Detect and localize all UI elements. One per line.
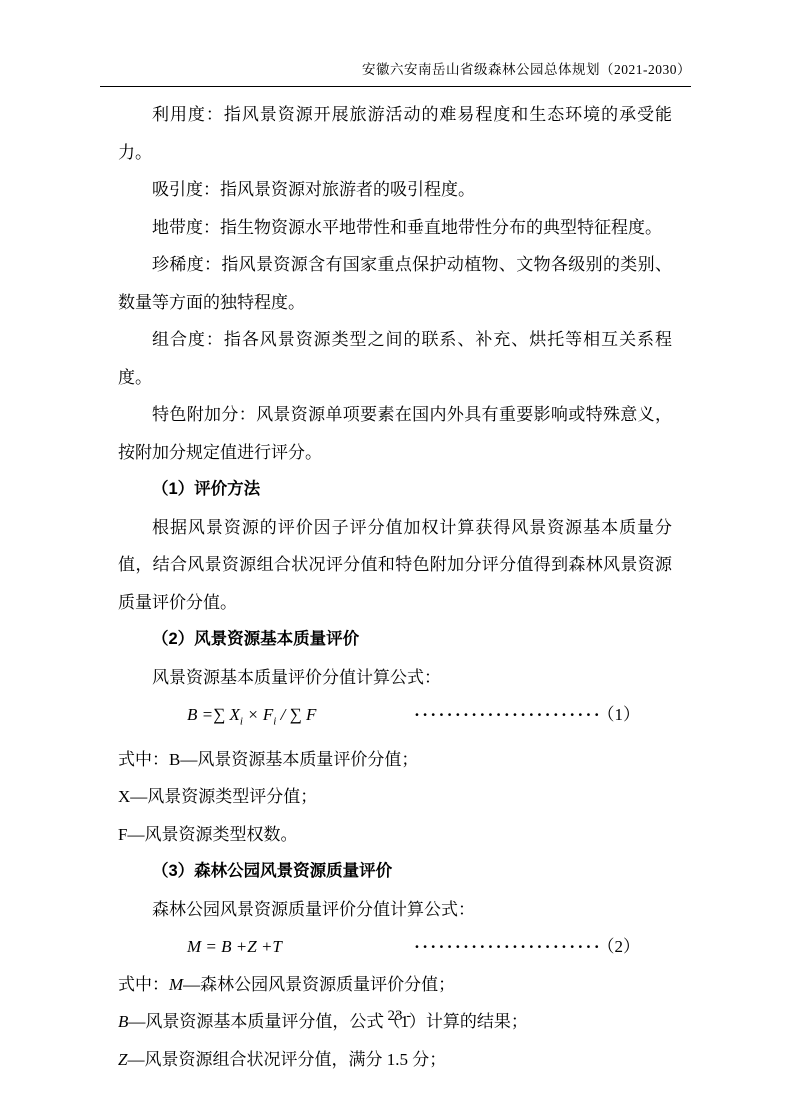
section-heading-evaluation-method: （1）评价方法 [118, 471, 672, 509]
definition-dash: — [183, 975, 200, 994]
dotted-leader: ······················· [414, 937, 602, 956]
paragraph-rarity: 珍稀度：指风景资源含有国家重点保护动植物、文物各级别的类别、数量等方面的独特程度… [118, 246, 672, 321]
definition-F: F—风景资源类型权数。 [118, 816, 672, 854]
page-number: - 23 - [379, 1008, 412, 1024]
definition-text: 风景资源类型评分值； [147, 787, 317, 806]
paragraph-formula2-intro: 森林公园风景资源质量评价分值计算公式： [118, 891, 672, 929]
symbol-X: X [118, 787, 130, 806]
definition-dash: — [127, 825, 144, 844]
formula-2-expression: M = B +Z +T [187, 928, 282, 966]
definition-dash: — [127, 1050, 144, 1069]
formula-1-expression: B =∑ Xi × Fi / ∑ F [187, 696, 316, 741]
definition-Z: Z—风景资源组合状况评分值，满分 1.5 分； [118, 1041, 672, 1079]
paragraph-method-description: 根据风景资源的评价因子评分值加权计算获得风景资源基本质量分值，结合风景资源组合状… [118, 509, 672, 622]
symbol-M: M [169, 975, 183, 994]
formula-1: B =∑ Xi × Fi / ∑ F ·····················… [118, 696, 672, 741]
formula-2: M = B +Z +T ·······················（2） [118, 928, 672, 966]
paragraph-bonus: 特色附加分：风景资源单项要素在国内外具有重要影响或特殊意义，按附加分规定值进行评… [118, 396, 672, 471]
page-footer: - 23 - [0, 1004, 790, 1028]
definition-B-basic: 式中：B—风景资源基本质量评价分值； [118, 741, 672, 779]
definition-text: 风景资源组合状况评分值，满分 1.5 分； [144, 1050, 446, 1069]
formula-2-number: （2） [606, 937, 640, 956]
document-page: 安徽六安南岳山省级森林公园总体规划（2021-2030） 利用度：指风景资源开展… [0, 0, 790, 1118]
paragraph-formula1-intro: 风景资源基本质量评价分值计算公式： [118, 659, 672, 697]
definition-prefix: 式中： [118, 750, 169, 769]
paragraph-attraction: 吸引度：指风景资源对旅游者的吸引程度。 [118, 171, 672, 209]
definition-text: 风景资源类型权数。 [144, 825, 297, 844]
definition-prefix: 式中： [118, 975, 169, 994]
paragraph-utilization: 利用度：指风景资源开展旅游活动的难易程度和生态环境的承受能力。 [118, 96, 672, 171]
formula-1-leader: ·······················（1） [414, 696, 640, 734]
symbol-B: B [169, 750, 180, 769]
document-body: 利用度：指风景资源开展旅游活动的难易程度和生态环境的承受能力。 吸引度：指风景资… [118, 96, 672, 1078]
section-heading-park-quality: （3）森林公园风景资源质量评价 [118, 853, 672, 891]
paragraph-zonality: 地带度：指生物资源水平地带性和垂直地带性分布的典型特征程度。 [118, 209, 672, 247]
formula-1-number: （1） [606, 705, 640, 724]
definition-dash: — [130, 787, 147, 806]
definition-X: X—风景资源类型评分值； [118, 778, 672, 816]
formula-2-leader: ·······················（2） [414, 928, 640, 966]
header-title: 安徽六安南岳山省级森林公园总体规划（2021-2030） [362, 62, 691, 77]
paragraph-combination: 组合度：指各风景资源类型之间的联系、补充、烘托等相互关系程度。 [118, 321, 672, 396]
definition-text: 森林公园风景资源质量评价分值； [200, 975, 455, 994]
definition-text: 风景资源基本质量评价分值； [197, 750, 418, 769]
definition-dash: — [180, 750, 197, 769]
dotted-leader: ······················· [414, 705, 602, 724]
section-heading-basic-quality: （2）风景资源基本质量评价 [118, 621, 672, 659]
definition-M: 式中：M—森林公园风景资源质量评价分值； [118, 966, 672, 1004]
page-header: 安徽六安南岳山省级森林公园总体规划（2021-2030） [100, 58, 691, 87]
